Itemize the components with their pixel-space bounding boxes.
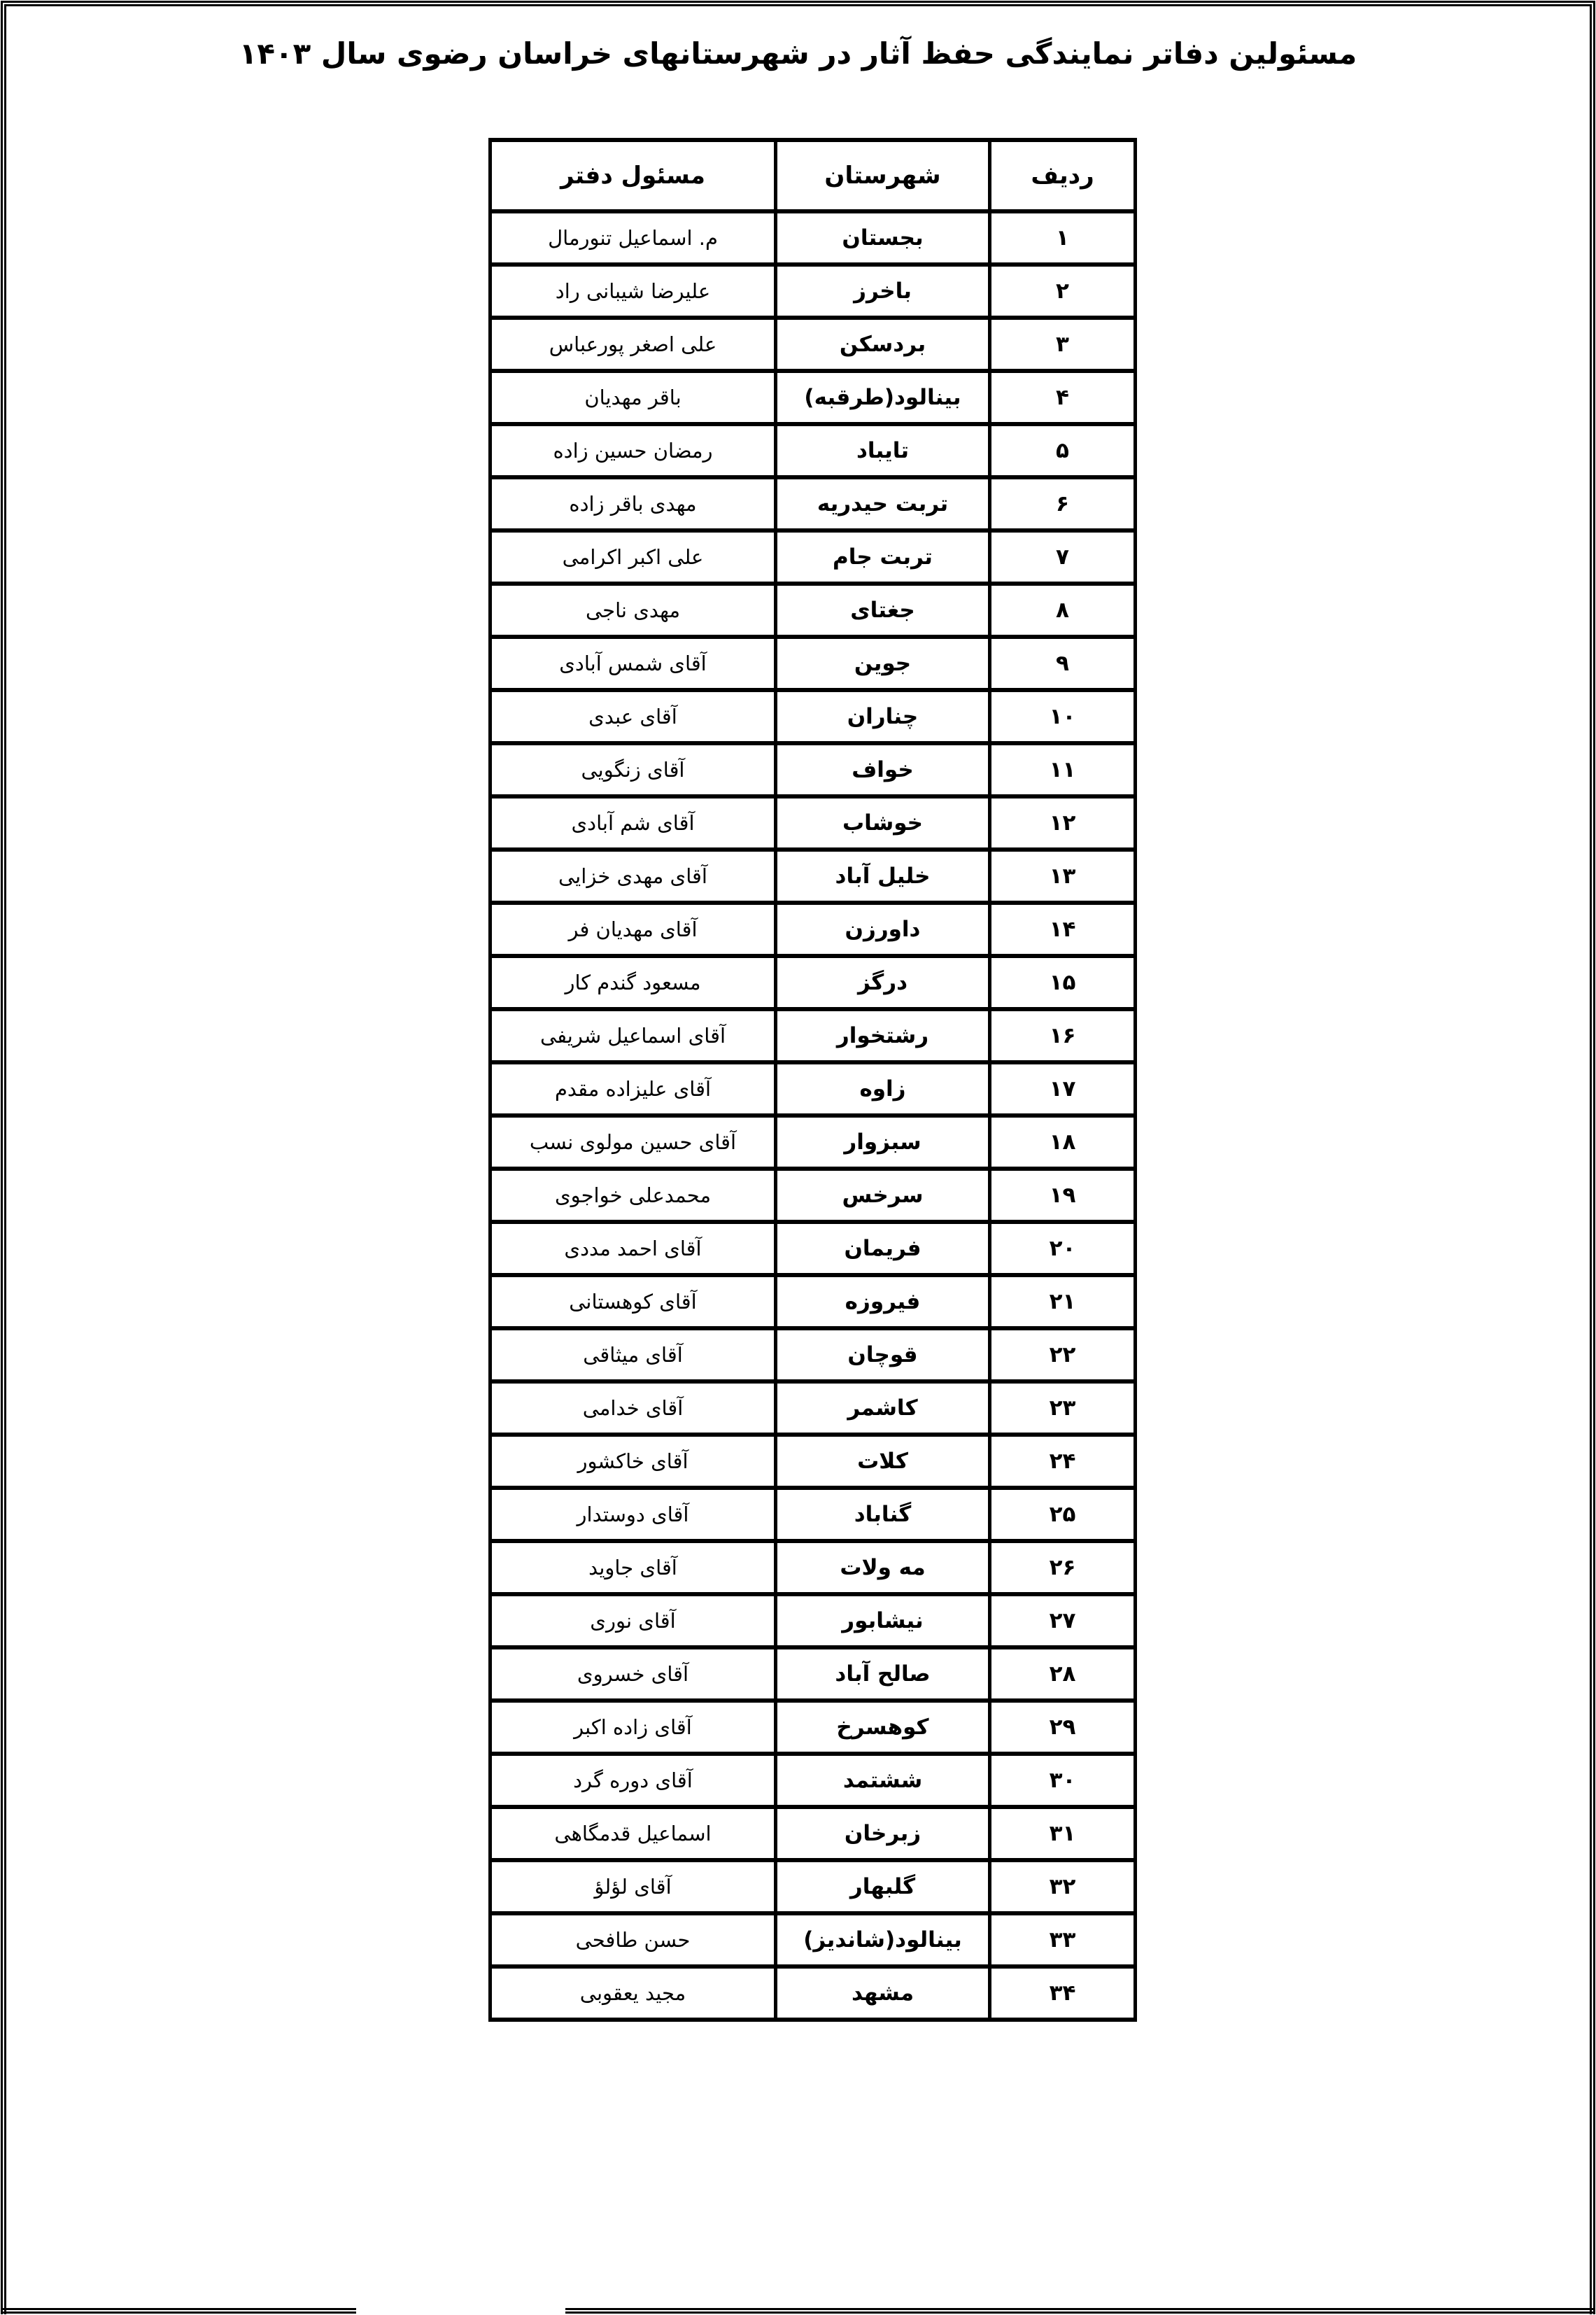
manager-cell: آقای اسماعیل شریفی bbox=[490, 1009, 776, 1062]
row-index-cell: ۱۷ bbox=[990, 1062, 1136, 1116]
table-row: ۲۱فیروزهآقای کوهستانی bbox=[490, 1275, 1136, 1328]
table-row: ۲۸صالح آبادآقای خسروی bbox=[490, 1647, 1136, 1701]
header-manager: مسئول دفتر bbox=[490, 140, 776, 211]
city-cell: صالح آباد bbox=[776, 1647, 990, 1701]
manager-cell: آقای احمد مددی bbox=[490, 1222, 776, 1275]
table-row: ۱۵درگزمسعود گندم کار bbox=[490, 956, 1136, 1009]
table-row: ۲۰فریمانآقای احمد مددی bbox=[490, 1222, 1136, 1275]
table-row: ۱۴داورزنآقای مهدیان فر bbox=[490, 903, 1136, 956]
row-index-cell: ۲ bbox=[990, 265, 1136, 318]
city-cell: مشهد bbox=[776, 1966, 990, 2020]
manager-cell: آقای کوهستانی bbox=[490, 1275, 776, 1328]
row-index-cell: ۲۸ bbox=[990, 1647, 1136, 1701]
manager-cell: آقای خدامی bbox=[490, 1381, 776, 1435]
table-row: ۲۶مه ولاتآقای جاوید bbox=[490, 1541, 1136, 1594]
manager-cell: آقای عبدی bbox=[490, 690, 776, 743]
table-row: ۲۹کوهسرخآقای زاده اکبر bbox=[490, 1701, 1136, 1754]
row-index-cell: ۲۲ bbox=[990, 1328, 1136, 1381]
row-index-cell: ۳۱ bbox=[990, 1807, 1136, 1860]
city-cell: کلات bbox=[776, 1435, 990, 1488]
city-cell: جوین bbox=[776, 637, 990, 690]
city-cell: بینالود(طرقبه) bbox=[776, 371, 990, 424]
city-cell: چناران bbox=[776, 690, 990, 743]
table-row: ۶تربت حیدریهمهدی باقر زاده bbox=[490, 477, 1136, 530]
document-page: مسئولین دفاتر نمایندگی حفظ آثار در شهرست… bbox=[0, 0, 1596, 2315]
city-cell: فریمان bbox=[776, 1222, 990, 1275]
manager-cell: آقای مهدی خزایی bbox=[490, 850, 776, 903]
table-body: ۱بجستانم. اسماعیل تنورمال۲باخرزعلیرضا شی… bbox=[490, 211, 1136, 2020]
manager-cell: م. اسماعیل تنورمال bbox=[490, 211, 776, 265]
row-index-cell: ۳۲ bbox=[990, 1860, 1136, 1913]
city-cell: خوشاب bbox=[776, 796, 990, 850]
manager-cell: محمدعلی خواجوی bbox=[490, 1169, 776, 1222]
table-row: ۴بینالود(طرقبه)باقر مهدیان bbox=[490, 371, 1136, 424]
city-cell: سبزوار bbox=[776, 1116, 990, 1169]
city-cell: خواف bbox=[776, 743, 990, 796]
city-cell: بینالود(شاندیز) bbox=[776, 1913, 990, 1966]
header-index: ردیف bbox=[990, 140, 1136, 211]
manager-cell: آقای شمس آبادی bbox=[490, 637, 776, 690]
row-index-cell: ۱۰ bbox=[990, 690, 1136, 743]
row-index-cell: ۵ bbox=[990, 424, 1136, 477]
table-row: ۵تایبادرمضان حسین زاده bbox=[490, 424, 1136, 477]
row-index-cell: ۱ bbox=[990, 211, 1136, 265]
table-row: ۱۱خوافآقای زنگویی bbox=[490, 743, 1136, 796]
city-cell: زبرخان bbox=[776, 1807, 990, 1860]
table-row: ۳۲گلبهارآقای لؤلؤ bbox=[490, 1860, 1136, 1913]
city-cell: قوچان bbox=[776, 1328, 990, 1381]
row-index-cell: ۱۱ bbox=[990, 743, 1136, 796]
manager-cell: مسعود گندم کار bbox=[490, 956, 776, 1009]
row-index-cell: ۳۴ bbox=[990, 1966, 1136, 2020]
manager-cell: مجید یعقوبی bbox=[490, 1966, 776, 2020]
manager-cell: حسن طافحی bbox=[490, 1913, 776, 1966]
table-row: ۱۸سبزوارآقای حسین مولوی نسب bbox=[490, 1116, 1136, 1169]
manager-cell: اسماعیل قدمگاهی bbox=[490, 1807, 776, 1860]
manager-cell: آقای دوستدار bbox=[490, 1488, 776, 1541]
city-cell: تربت حیدریه bbox=[776, 477, 990, 530]
row-index-cell: ۸ bbox=[990, 584, 1136, 637]
table-row: ۱۶رشتخوارآقای اسماعیل شریفی bbox=[490, 1009, 1136, 1062]
table-row: ۲۴کلاتآقای خاکشور bbox=[490, 1435, 1136, 1488]
table-row: ۱۷زاوهآقای علیزاده مقدم bbox=[490, 1062, 1136, 1116]
page-border-bottom-right bbox=[565, 2308, 1595, 2314]
table-row: ۲۳کاشمرآقای خدامی bbox=[490, 1381, 1136, 1435]
city-cell: تایباد bbox=[776, 424, 990, 477]
row-index-cell: ۱۵ bbox=[990, 956, 1136, 1009]
manager-cell: علی اکبر اکرامی bbox=[490, 530, 776, 584]
city-cell: داورزن bbox=[776, 903, 990, 956]
manager-cell: آقای نوری bbox=[490, 1594, 776, 1647]
table-row: ۱بجستانم. اسماعیل تنورمال bbox=[490, 211, 1136, 265]
row-index-cell: ۳۳ bbox=[990, 1913, 1136, 1966]
manager-cell: آقای خسروی bbox=[490, 1647, 776, 1701]
row-index-cell: ۲۵ bbox=[990, 1488, 1136, 1541]
table-row: ۲۷نیشابورآقای نوری bbox=[490, 1594, 1136, 1647]
manager-cell: علیرضا شیبانی راد bbox=[490, 265, 776, 318]
manager-cell: علی اصغر پورعباس bbox=[490, 318, 776, 371]
manager-cell: آقای شم آبادی bbox=[490, 796, 776, 850]
table-row: ۳بردسکنعلی اصغر پورعباس bbox=[490, 318, 1136, 371]
manager-cell: باقر مهدیان bbox=[490, 371, 776, 424]
row-index-cell: ۲۴ bbox=[990, 1435, 1136, 1488]
table-row: ۳۴مشهدمجید یعقوبی bbox=[490, 1966, 1136, 2020]
table-row: ۲باخرزعلیرضا شیبانی راد bbox=[490, 265, 1136, 318]
table-row: ۳۰ششتمدآقای دوره گرد bbox=[490, 1754, 1136, 1807]
city-cell: بجستان bbox=[776, 211, 990, 265]
row-index-cell: ۱۴ bbox=[990, 903, 1136, 956]
table-row: ۹جوینآقای شمس آبادی bbox=[490, 637, 1136, 690]
row-index-cell: ۲۹ bbox=[990, 1701, 1136, 1754]
city-cell: باخرز bbox=[776, 265, 990, 318]
manager-cell: آقای زاده اکبر bbox=[490, 1701, 776, 1754]
city-cell: نیشابور bbox=[776, 1594, 990, 1647]
row-index-cell: ۲۰ bbox=[990, 1222, 1136, 1275]
table-row: ۷تربت جامعلی اکبر اکرامی bbox=[490, 530, 1136, 584]
table-row: ۱۲خوشابآقای شم آبادی bbox=[490, 796, 1136, 850]
row-index-cell: ۲۱ bbox=[990, 1275, 1136, 1328]
manager-cell: آقای جاوید bbox=[490, 1541, 776, 1594]
city-cell: رشتخوار bbox=[776, 1009, 990, 1062]
city-cell: درگز bbox=[776, 956, 990, 1009]
row-index-cell: ۱۳ bbox=[990, 850, 1136, 903]
table-row: ۸جغتایمهدی ناجی bbox=[490, 584, 1136, 637]
page-border-bottom-left bbox=[1, 2308, 356, 2314]
row-index-cell: ۲۶ bbox=[990, 1541, 1136, 1594]
manager-cell: آقای دوره گرد bbox=[490, 1754, 776, 1807]
city-cell: تربت جام bbox=[776, 530, 990, 584]
city-cell: گلبهار bbox=[776, 1860, 990, 1913]
row-index-cell: ۲۳ bbox=[990, 1381, 1136, 1435]
row-index-cell: ۷ bbox=[990, 530, 1136, 584]
table-row: ۲۲قوچانآقای میثاقی bbox=[490, 1328, 1136, 1381]
manager-cell: آقای میثاقی bbox=[490, 1328, 776, 1381]
city-cell: سرخس bbox=[776, 1169, 990, 1222]
city-cell: کاشمر bbox=[776, 1381, 990, 1435]
manager-cell: آقای خاکشور bbox=[490, 1435, 776, 1488]
row-index-cell: ۱۹ bbox=[990, 1169, 1136, 1222]
city-cell: جغتای bbox=[776, 584, 990, 637]
manager-cell: آقای مهدیان فر bbox=[490, 903, 776, 956]
header-city: شهرستان bbox=[776, 140, 990, 211]
table-row: ۲۵گنابادآقای دوستدار bbox=[490, 1488, 1136, 1541]
table-header-row: ردیف شهرستان مسئول دفتر bbox=[490, 140, 1136, 211]
row-index-cell: ۱۸ bbox=[990, 1116, 1136, 1169]
manager-cell: آقای علیزاده مقدم bbox=[490, 1062, 776, 1116]
row-index-cell: ۱۶ bbox=[990, 1009, 1136, 1062]
city-cell: کوهسرخ bbox=[776, 1701, 990, 1754]
manager-cell: مهدی باقر زاده bbox=[490, 477, 776, 530]
city-cell: فیروزه bbox=[776, 1275, 990, 1328]
city-cell: زاوه bbox=[776, 1062, 990, 1116]
city-cell: گناباد bbox=[776, 1488, 990, 1541]
table-row: ۳۳بینالود(شاندیز)حسن طافحی bbox=[490, 1913, 1136, 1966]
manager-cell: آقای حسین مولوی نسب bbox=[490, 1116, 776, 1169]
page-title: مسئولین دفاتر نمایندگی حفظ آثار در شهرست… bbox=[0, 36, 1596, 71]
manager-cell: آقای زنگویی bbox=[490, 743, 776, 796]
row-index-cell: ۹ bbox=[990, 637, 1136, 690]
city-cell: بردسکن bbox=[776, 318, 990, 371]
officials-table: ردیف شهرستان مسئول دفتر ۱بجستانم. اسماعی… bbox=[488, 138, 1137, 2022]
row-index-cell: ۳ bbox=[990, 318, 1136, 371]
city-cell: خلیل آباد bbox=[776, 850, 990, 903]
row-index-cell: ۲۷ bbox=[990, 1594, 1136, 1647]
row-index-cell: ۱۲ bbox=[990, 796, 1136, 850]
table-row: ۳۱زبرخاناسماعیل قدمگاهی bbox=[490, 1807, 1136, 1860]
table-row: ۱۹سرخسمحمدعلی خواجوی bbox=[490, 1169, 1136, 1222]
manager-cell: مهدی ناجی bbox=[490, 584, 776, 637]
row-index-cell: ۶ bbox=[990, 477, 1136, 530]
city-cell: ششتمد bbox=[776, 1754, 990, 1807]
row-index-cell: ۳۰ bbox=[990, 1754, 1136, 1807]
city-cell: مه ولات bbox=[776, 1541, 990, 1594]
row-index-cell: ۴ bbox=[990, 371, 1136, 424]
manager-cell: آقای لؤلؤ bbox=[490, 1860, 776, 1913]
table-row: ۱۰چنارانآقای عبدی bbox=[490, 690, 1136, 743]
manager-cell: رمضان حسین زاده bbox=[490, 424, 776, 477]
table-row: ۱۳خلیل آبادآقای مهدی خزایی bbox=[490, 850, 1136, 903]
